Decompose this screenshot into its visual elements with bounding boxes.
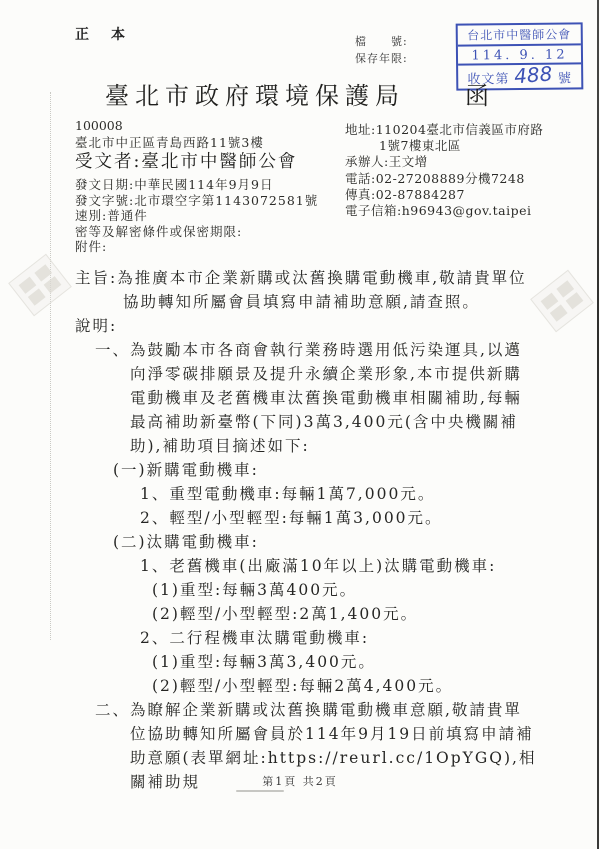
page-number: 第1頁 共2頁 xyxy=(0,773,600,789)
sender-contact-person: 承辦人:王文增 xyxy=(345,154,543,170)
recipient-street-address: 臺北市中正區青島西路11號3樓 xyxy=(75,135,318,151)
scanned-letter-page: 正 本 檔 號: 保存年限: 台北市中醫師公會 114. 9. 12 收文第 4… xyxy=(0,0,600,849)
subsection-replacement: (二)汰購電動機車: xyxy=(113,530,537,554)
speed-class-line: 速別:普通件 xyxy=(75,208,318,224)
new-light-subsidy: 2、輕型/小型輕型:每輛1萬3,000元。 xyxy=(140,506,537,530)
copy-type-label: 正 本 xyxy=(75,24,129,44)
old-heavy-subsidy: (1)重型:每輛3萬400元。 xyxy=(152,578,537,602)
receipt-stamp-org: 台北市中醫師公會 xyxy=(458,24,581,46)
new-heavy-subsidy: 1、重型電動機車:每輛1萬7,000元。 xyxy=(140,482,537,506)
explanation-item-1: 一、為鼓勵本市各商會執行業務時選用低污染運具,以邁向淨零碳排願景及提升永續企業形… xyxy=(95,338,537,458)
bleedthrough-stamp-left-icon xyxy=(8,254,72,317)
explanation-label: 說明: xyxy=(75,314,537,338)
scan-edge-line xyxy=(597,0,599,849)
issue-number-line: 發文字號:北市環空字第1143072581號 xyxy=(75,193,318,209)
sender-block: 地址:110204臺北市信義區市府路 1號7樓東北區 承辦人:王文增 電話:02… xyxy=(345,122,543,219)
recipient-name-line: 受文者:臺北市中醫師公會 xyxy=(75,154,318,170)
old-vehicle-replacement-heading: 1、老舊機車(出廠滿10年以上)汰購電動機車: xyxy=(140,554,537,578)
sender-email: 電子信箱:h96943@gov.taipei xyxy=(345,203,543,219)
sender-fax: 傳真:02-87884287 xyxy=(345,187,543,203)
two-stroke-light-subsidy: (2)輕型/小型輕型:每輛2萬4,400元。 xyxy=(152,674,537,698)
old-light-subsidy: (2)輕型/小型輕型:2萬1,400元。 xyxy=(152,602,537,626)
subsection-new-purchase: (一)新購電動機車: xyxy=(113,458,537,482)
recipient-block: 100008 臺北市中正區青島西路11號3樓 受文者:臺北市中醫師公會 發文日期… xyxy=(75,118,318,255)
secrecy-line: 密等及解密條件或保密期限: xyxy=(75,224,318,240)
attachment-line: 附件: xyxy=(75,239,318,255)
fold-dotted-line xyxy=(50,92,51,640)
sender-address-line1: 地址:110204臺北市信義區市府路 xyxy=(345,122,543,138)
receipt-stamp-date: 114. 9. 12 xyxy=(458,45,581,65)
two-stroke-replacement-heading: 2、二行程機車汰購電動機車: xyxy=(140,626,537,650)
bleedthrough-stamp-right-icon xyxy=(530,270,594,333)
document-title: 臺北市政府環境保護局 函 xyxy=(0,76,600,111)
retention-period-label: 保存年限: xyxy=(355,50,408,67)
sender-phone: 電話:02-27208889分機7248 xyxy=(345,171,543,187)
recipient-postal-code: 100008 xyxy=(75,118,318,134)
two-stroke-heavy-subsidy: (1)重型:每輛3萬3,400元。 xyxy=(152,650,537,674)
file-number-block: 檔 號: 保存年限: xyxy=(355,33,408,67)
issue-date-line: 發文日期:中華民國114年9月9日 xyxy=(75,177,318,193)
file-number-label: 檔 號: xyxy=(355,33,408,50)
subject-line: 主旨:為推廣本市企業新購或汰舊換購電動機車,敬請貴單位協助轉知所屬會員填寫申請補… xyxy=(75,266,537,314)
letter-body: 主旨:為推廣本市企業新購或汰舊換購電動機車,敬請貴單位協助轉知所屬會員填寫申請補… xyxy=(75,266,537,794)
sender-address-line2: 1號7樓東北區 xyxy=(345,138,543,154)
